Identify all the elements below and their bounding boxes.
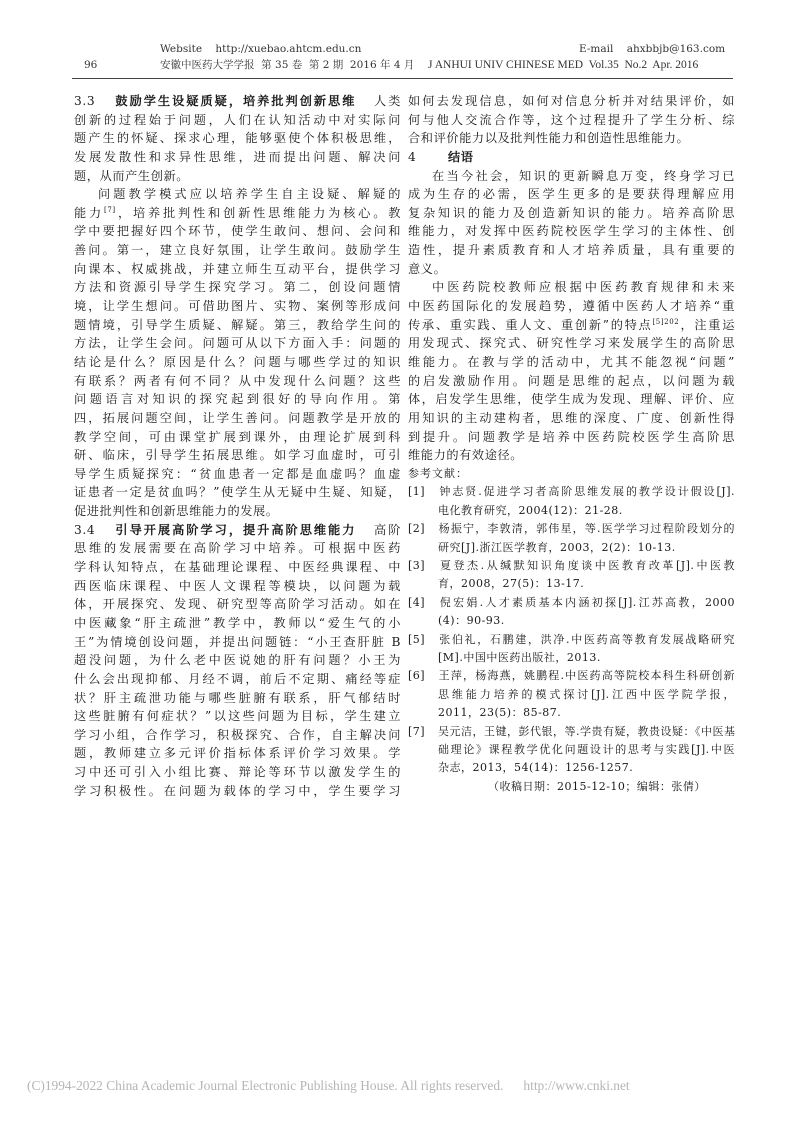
text-line: 意义。 (408, 260, 735, 279)
section-heading-line: 3.3鼓励学生设疑质疑，培养批判创新思维 人类 (74, 92, 401, 111)
text-line: 问题教学模式应以培养学生自主设疑、解疑的 (74, 185, 401, 204)
reference-text: 王萍，杨海燕，姚鹏程.中医药高等院校本科生科研创新 (438, 669, 735, 682)
text-line: 思维的发展需要在高阶学习中培养。可根据中医药 (74, 539, 401, 558)
reference-item: [4]倪宏娟.人才素质基本内涵初探[J].江苏高教，2000 (4)：90-93… (408, 594, 735, 631)
text-fragment: ，培养批判性和创新性思维能力为核心。教 (116, 206, 401, 220)
text-line: 的启发激励作用。问题是思维的起点，以问题为载 (408, 372, 735, 391)
text-line: 学中要把握好四个环节，使学生敢问、想问、会问和 (74, 222, 401, 241)
text-line: 维能力的有效途径。 (408, 446, 735, 465)
text-line: 维能力。在教与学的活动中，尤其不能忽视“问题” (408, 353, 735, 372)
reference-text: 夏登杰.从缄默知识角度谈中医教育改革[J].中医教 (438, 559, 735, 572)
text-line: 发展发散性和求异性思维，进而提出问题、解决问 (74, 148, 401, 167)
text-line: 题产生的怀疑、探求心理，能够驱使个体积极思维， (74, 129, 401, 148)
text-line: 如何去发现信息，如何对信息分析并对结果评价，如 (408, 92, 735, 111)
reference-line: 思维能力培养的模式探讨[J].江西中医学院学报， (408, 686, 735, 704)
text-line: 证患者一定是贫血吗？”使学生从无疑中生疑、知疑， (74, 483, 401, 502)
text-line: 高阶 (374, 523, 401, 537)
text-line: 学习小组，合作学习，积极探究、合作，自主解决问 (74, 726, 401, 745)
text-fragment: ，注重运 (679, 318, 735, 332)
section-3-3: 3.3鼓励学生设疑质疑，培养批判创新思维 人类 创新的过程始于问题，人们在认知活… (74, 92, 401, 185)
references-heading: 参考文献： (408, 465, 735, 484)
paragraph-problem-teaching: 问题教学模式应以培养学生自主设疑、解疑的 能力[7]，培养批判性和创新性思维能力… (74, 185, 401, 521)
text-line: 体，启发学生思维，使学生成为发现、理解、评价、应 (408, 390, 735, 409)
section-3-4: 3.4引导开展高阶学习，提升高阶思维能力 高阶 思维的发展需要在高阶学习中培养。… (74, 521, 401, 801)
text-line: 向课本、权威挑战，并建立师生互动平台，提供学习 (74, 260, 401, 279)
text-line: 方法，让学生会问。问题可从以下方面入手：问题的 (74, 334, 401, 353)
text-line: 状？肝主疏泄功能与哪些脏腑有联系，肝气郁结时 (74, 689, 401, 708)
text-line: 中医藏象“肝主疏泄”教学中，教师以“爱生气的小 (74, 614, 401, 633)
reference-item: [7]吴元洁，王键，彭代银，等.学贵有疑，教贵设疑：《中医基 础理论》课程教学优… (408, 723, 735, 778)
copyright-text: (C)1994-2022 China Academic Journal Elec… (27, 1078, 503, 1093)
references-list: [1]钟志贤.促进学习者高阶思维发展的教学设计假设[J]. 电化教育研究，200… (408, 483, 735, 777)
text-line: 四，拓展问题空间，让学生善问。问题教学是开放的 (74, 409, 401, 428)
text-line: 有联系？两者有何不同？从中发现什么问题？这些 (74, 372, 401, 391)
text-line: 超没问题，为什么老中医说她的肝有问题？小王为 (74, 651, 401, 670)
text-line: 人类 (374, 94, 401, 108)
section-title: 鼓励学生设疑质疑，培养批判创新思维 (114, 94, 356, 108)
website-line: Website http://xuebao.ahtcm.edu.cn (160, 42, 361, 56)
reference-line: [5]张伯礼，石鹏建，洪净.中医药高等教育发展战略研究 (408, 631, 735, 649)
cnki-link[interactable]: http://www.cnki.net (523, 1078, 629, 1093)
text-line: 习中还可引入小组比赛、辩论等环节以激发学生的 (74, 763, 401, 782)
text-line: 中医药国际化的发展趋势，遵循中医药人才培养“重 (408, 297, 735, 316)
section-number: 3.3 (74, 92, 114, 111)
reference-line: 杂志，2013，54(14)：1256-1257. (408, 759, 735, 777)
text-line: 中医药院校教师应根据中医药教育规律和未来 (408, 278, 735, 297)
paragraph-conclusion-1: 在当今社会，知识的更新瞬息万变，终身学习已 成为生存的必需，医学生更多的是要获得… (408, 167, 735, 279)
text-line: 问题语言对知识的探究起到很好的导向作用。第 (74, 390, 401, 409)
paragraph-continuation: 如何去发现信息，如何对信息分析并对结果评价，如 何与他人交流合作等，这个过程提升… (408, 92, 735, 148)
reference-tag: [5] (408, 631, 438, 650)
text-line: 维能力，对发挥中医药院校医学生学习的主体性、创 (408, 222, 735, 241)
section-number: 3.4 (74, 521, 114, 540)
reference-line: [6]王萍，杨海燕，姚鹏程.中医药高等院校本科生科研创新 (408, 667, 735, 685)
text-line: 促进批判性和创新思维能力的发展。 (74, 502, 401, 521)
text-line: 合和评价能力以及批判性能力和创造性思维能力。 (408, 129, 735, 148)
section-title: 引导开展高阶学习，提升高阶思维能力 (114, 523, 356, 537)
reference-line: 研究[J].浙江医学教育，2003，2(2)：10-13. (408, 539, 735, 557)
reference-tag: [2] (408, 520, 438, 539)
text-line: 学习积极性。在问题为载体的学习中，学生要学习 (74, 782, 401, 801)
reference-tag: [6] (408, 667, 438, 686)
reference-text: 杨振宁，李敦清，郭伟星，等.医学学习过程阶段划分的 (438, 522, 735, 535)
text-line: 能力[7]，培养批判性和创新性思维能力为核心。教 (74, 204, 401, 223)
text-line: 创新的过程始于问题，人们在认知活动中对实际问 (74, 111, 401, 130)
website-label: Website (160, 43, 202, 55)
text-line: 境，让学生想问。可借助图片、实物、案例等形成问 (74, 297, 401, 316)
text-line: 复杂知识的能力及创造新知识的能力。培养高阶思 (408, 204, 735, 223)
reference-tag: [4] (408, 594, 438, 613)
reference-line: [1]钟志贤.促进学习者高阶思维发展的教学设计假设[J]. (408, 483, 735, 501)
reference-line: [M].中国中医药出版社，2013. (408, 649, 735, 667)
citation[interactable]: [5]202 (652, 318, 679, 326)
paragraph-conclusion-2: 中医药院校教师应根据中医药教育规律和未来 中医药国际化的发展趋势，遵循中医药人才… (408, 278, 735, 464)
reference-item: [6]王萍，杨海燕，姚鹏程.中医药高等院校本科生科研创新 思维能力培养的模式探讨… (408, 667, 735, 722)
text-line: 题情境，引导学生质疑、解疑。第三，教给学生问的 (74, 316, 401, 335)
reference-line: [7]吴元洁，王键，彭代银，等.学贵有疑，教贵设疑：《中医基 (408, 723, 735, 741)
journal-title-cn: 安徽中医药大学学报 第 35 卷 第 2 期 2016 年 4 月 (160, 58, 414, 72)
text-line: 什么会出现抑郁、月经不调，前后不定期、痛经等症 (74, 670, 401, 689)
received-date-editor: （收稿日期：2015-12-10；编辑：张倩） (408, 778, 735, 796)
text-line: 用知识的主动建构者，思维的深度、广度、创新性得 (408, 409, 735, 428)
text-fragment: 传承、重实践、重人文、重创新”的特点 (408, 318, 652, 332)
text-line: 王”为情境创设问题，并提出问题链：“小王查肝脏 B (74, 633, 401, 652)
right-column: 如何去发现信息，如何对信息分析并对结果评价，如 何与他人交流合作等，这个过程提升… (408, 92, 735, 796)
text-line: 善问。第一，建立良好氛围，让学生敢问。鼓励学生 (74, 241, 401, 260)
section-title: 结语 (448, 150, 474, 164)
reference-text: 钟志贤.促进学习者高阶思维发展的教学设计假设[J]. (438, 485, 735, 498)
text-line: 方法和资源引导学生探究学习。第二，创设问题情 (74, 278, 401, 297)
reference-line: [3]夏登杰.从缄默知识角度谈中医教育改革[J].中医教 (408, 557, 735, 575)
section-number: 4 (408, 148, 448, 167)
text-line: 研、临床，引导学生拓展思维。如学习血虚时，可引 (74, 446, 401, 465)
reference-line: 电化教育研究，2004(12)：21-28. (408, 502, 735, 520)
citation[interactable]: [7] (104, 206, 116, 214)
reference-line: 育，2008，27(5)：13-17. (408, 575, 735, 593)
email-address[interactable]: ahxbbjb@163.com (627, 43, 725, 55)
text-line: 教学空间，可由课堂扩展到课外，由理论扩展到科 (74, 428, 401, 447)
header-rule (72, 78, 733, 79)
reference-item: [2]杨振宁，李敦清，郭伟星，等.医学学习过程阶段划分的 研究[J].浙江医学教… (408, 520, 735, 557)
text-line: 传承、重实践、重人文、重创新”的特点[5]202，注重运 (408, 316, 735, 335)
journal-title-en: J ANHUI UNIV CHINESE MED Vol.35 No.2 Apr… (428, 58, 698, 72)
reference-line: [4]倪宏娟.人才素质基本内涵初探[J].江苏高教，2000 (408, 594, 735, 612)
reference-tag: [1] (408, 483, 438, 502)
text-line: 到提升。问题教学是培养中医药院校医学生高阶思 (408, 428, 735, 447)
text-line: 何与他人交流合作等，这个过程提升了学生分析、综 (408, 111, 735, 130)
reference-item: [5]张伯礼，石鹏建，洪净.中医药高等教育发展战略研究 [M].中国中医药出版社… (408, 631, 735, 668)
reference-line: 2011，23(5)：85-87. (408, 704, 735, 722)
email-label: E-mail (579, 43, 613, 55)
reference-text: 张伯礼，石鹏建，洪净.中医药高等教育发展战略研究 (438, 633, 735, 646)
text-line: 体，开展探究、发现、研究型等高阶学习活动。如在 (74, 595, 401, 614)
copyright-footer: (C)1994-2022 China Academic Journal Elec… (27, 1078, 767, 1094)
left-column: 3.3鼓励学生设疑质疑，培养批判创新思维 人类 创新的过程始于问题，人们在认知活… (74, 92, 401, 800)
section-heading-line: 3.4引导开展高阶学习，提升高阶思维能力 高阶 (74, 521, 401, 540)
reference-tag: [3] (408, 557, 438, 576)
page-number: 96 (84, 58, 97, 72)
text-line: 结论是什么？原因是什么？问题与哪些学过的知识 (74, 353, 401, 372)
text-line: 成为生存的必需，医学生更多的是要获得理解应用 (408, 185, 735, 204)
section-4-heading: 4结语 (408, 148, 735, 167)
reference-line: [2]杨振宁，李敦清，郭伟星，等.医学学习过程阶段划分的 (408, 520, 735, 538)
reference-line: 础理论》课程教学优化问题设计的思考与实践[J].中医 (408, 741, 735, 759)
text-line: 用发现式、探究式、研究性学习来发展学生的高阶思 (408, 334, 735, 353)
reference-text: 吴元洁，王键，彭代银，等.学贵有疑，教贵设疑：《中医基 (438, 725, 736, 738)
website-url[interactable]: http://xuebao.ahtcm.edu.cn (215, 43, 361, 55)
text-line: 题，教师建立多元评价指标体系评价学习效果。学 (74, 744, 401, 763)
email-line: E-mail ahxbbjb@163.com (579, 42, 725, 56)
text-line: 在当今社会，知识的更新瞬息万变，终身学习已 (408, 167, 735, 186)
text-line: 造性，提升素质教育和人才培养质量，具有重要的 (408, 241, 735, 260)
reference-text: 倪宏娟.人才素质基本内涵初探[J].江苏高教，2000 (438, 596, 735, 609)
text-line: 题，从而产生创新。 (74, 167, 401, 186)
text-line: 这些脏腑有何症状？”以这些问题为目标，学生建立 (74, 707, 401, 726)
reference-tag: [7] (408, 723, 438, 742)
reference-line: (4)：90-93. (408, 612, 735, 630)
reference-item: [1]钟志贤.促进学习者高阶思维发展的教学设计假设[J]. 电化教育研究，200… (408, 483, 735, 520)
text-line: 学科认知特点，在基础理论课程、中医经典课程、中 (74, 558, 401, 577)
text-line: 导学生质疑探究：“贫血患者一定都是血虚吗？血虚 (74, 465, 401, 484)
text-fragment: 能力 (74, 206, 104, 220)
reference-item: [3]夏登杰.从缄默知识角度谈中医教育改革[J].中医教 育，2008，27(5… (408, 557, 735, 594)
text-line: 西医临床课程、中医人文课程等模块，以问题为载 (74, 577, 401, 596)
